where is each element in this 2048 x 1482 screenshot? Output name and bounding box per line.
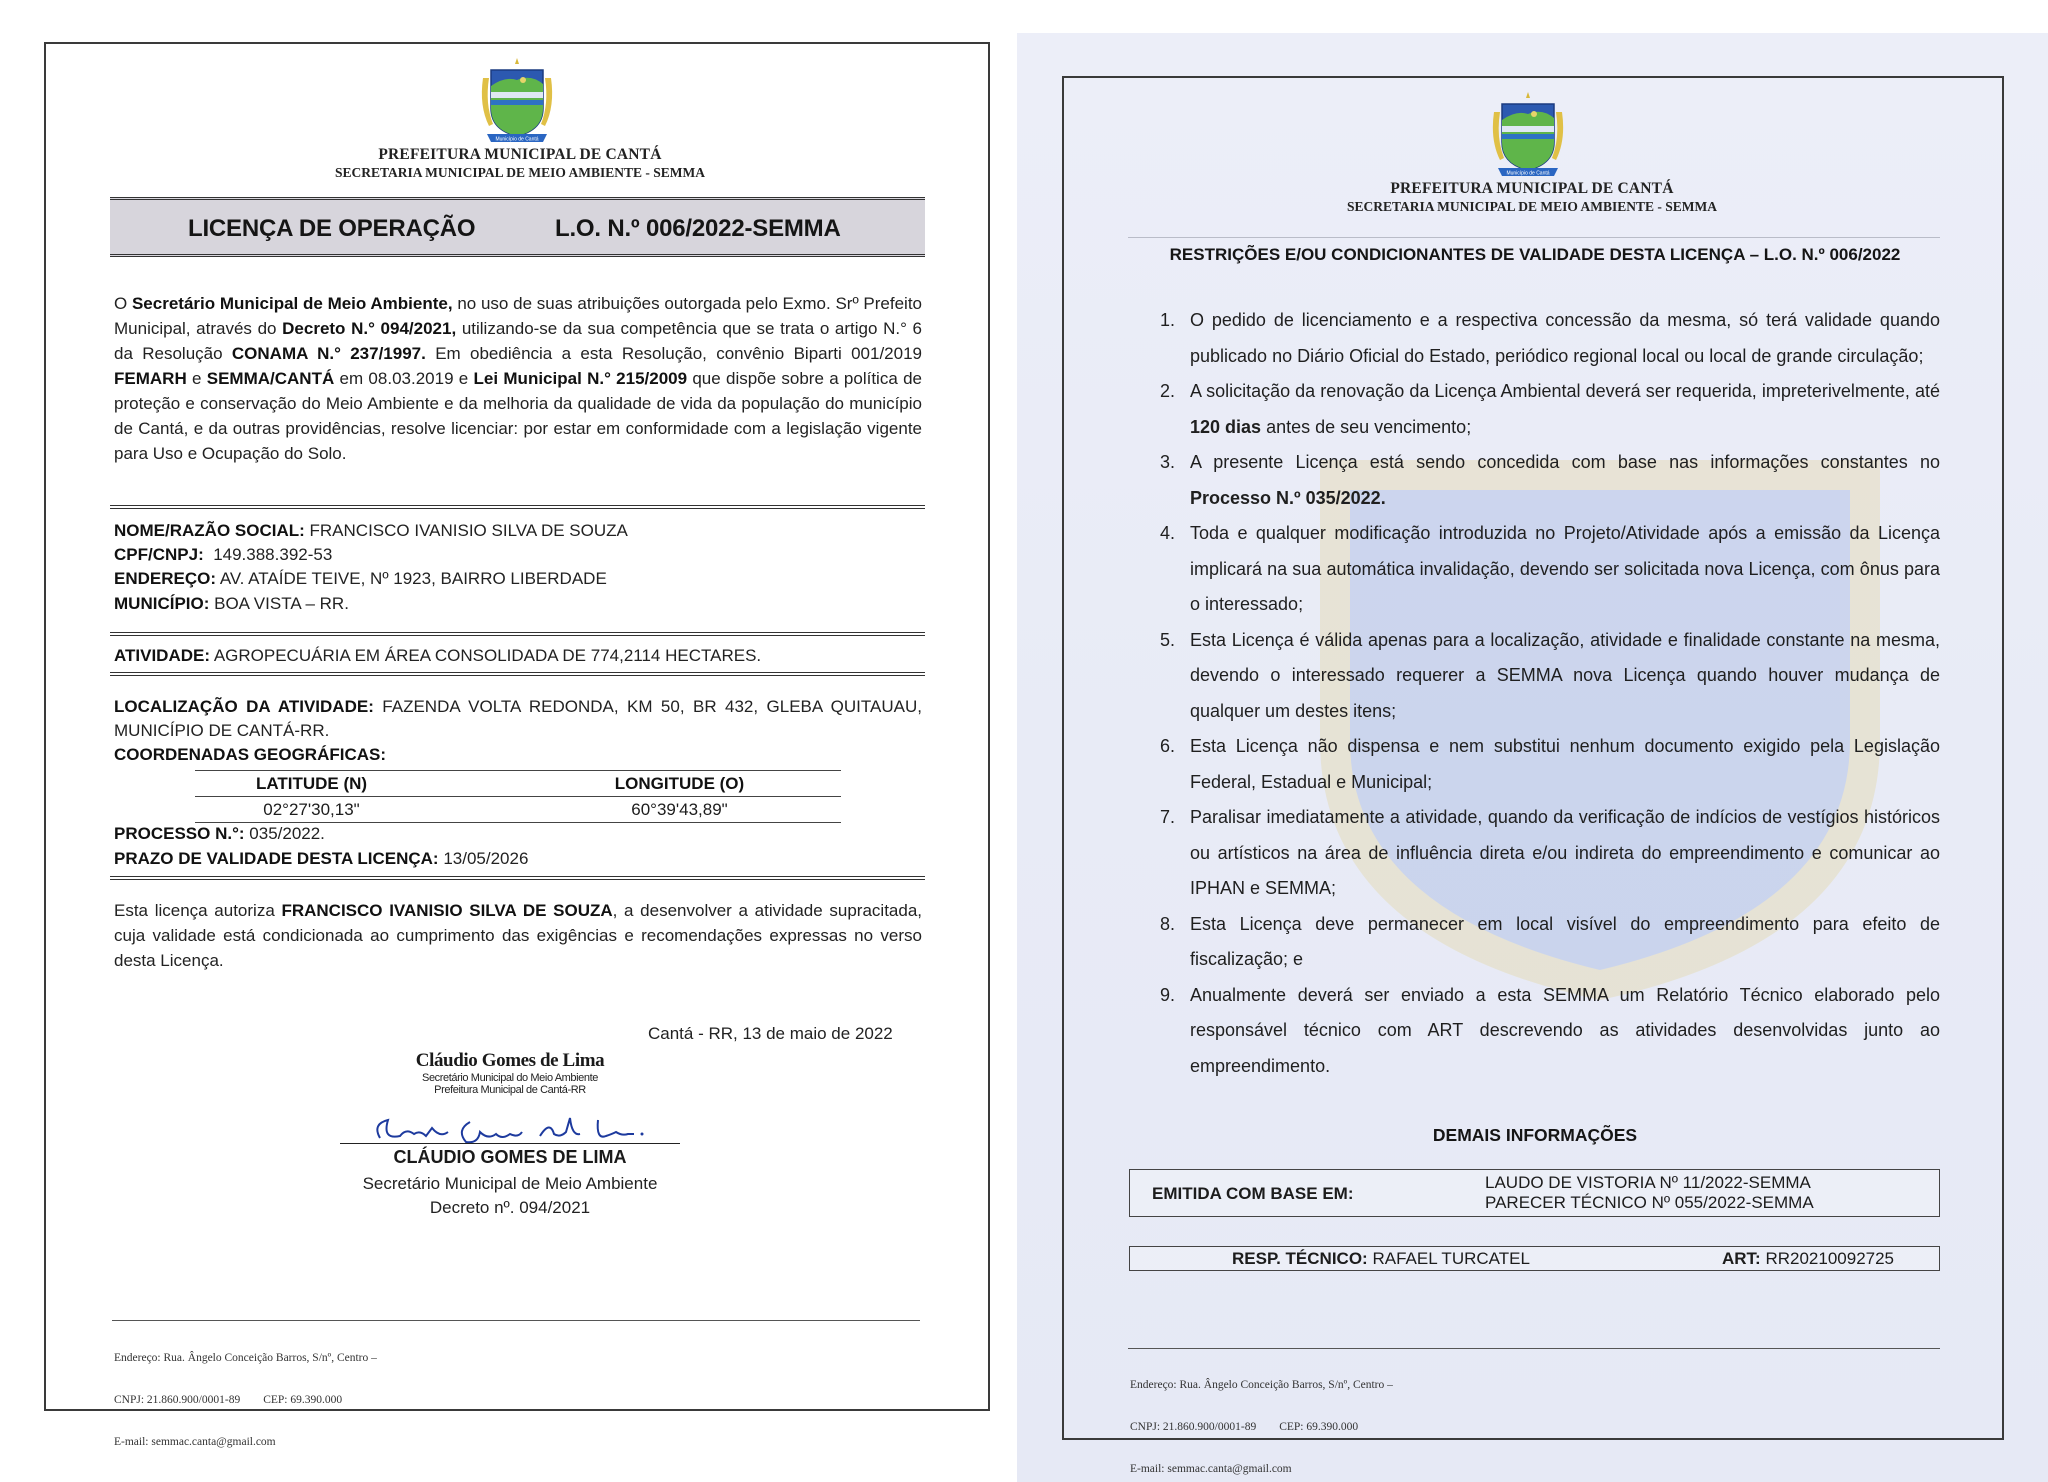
svg-text:Município de Cantá: Município de Cantá xyxy=(495,137,538,143)
crest-icon: Município de Cantá xyxy=(1486,90,1570,182)
section-divider xyxy=(110,632,925,636)
art-number: ART: RR20210092725 xyxy=(1722,1249,1894,1269)
authorization-paragraph: Esta licença autoriza FRANCISCO IVANISIO… xyxy=(114,898,922,973)
holder-cpf: CPF/CNPJ: 149.388.392-53 xyxy=(114,543,332,567)
license-number: L.O. N.º 006/2022-SEMMA xyxy=(555,215,841,243)
latitude-value: 02°27'30,13" xyxy=(195,800,518,820)
stamp-title: Secretário Municipal do Meio Ambiente xyxy=(340,1072,680,1084)
condition-item: 5.Esta Licença é válida apenas para a lo… xyxy=(1160,623,1940,730)
conditions-title: RESTRIÇÕES E/OU CONDICIONANTES DE VALIDA… xyxy=(1130,245,1940,265)
conditions-footer: Endereço: Rua. Ângelo Conceição Barros, … xyxy=(1130,1350,1393,1482)
condition-item: 2.A solicitação da renovação da Licença … xyxy=(1160,374,1940,445)
technical-responsible: RESP. TÉCNICO: RAFAEL TURCATEL xyxy=(1232,1249,1530,1269)
signer-role: Secretário Municipal de Meio Ambiente xyxy=(340,1172,680,1196)
longitude-header: LONGITUDE (O) xyxy=(518,774,841,794)
license-footer: Endereço: Rua. Ângelo Conceição Barros, … xyxy=(114,1323,377,1463)
condition-item: 1.O pedido de licenciamento e a respecti… xyxy=(1160,303,1940,374)
condition-item: 6.Esta Licença não dispensa e nem substi… xyxy=(1160,729,1940,800)
license-type: LICENÇA DE OPERAÇÃO xyxy=(188,215,475,243)
other-info-title: DEMAIS INFORMAÇÕES xyxy=(1130,1125,1940,1146)
title-divider xyxy=(1128,237,1940,238)
signature-icon xyxy=(370,1110,650,1150)
validity-date: PRAZO DE VALIDADE DESTA LICENÇA: 13/05/2… xyxy=(114,847,528,871)
coordinates-table: LATITUDE (N) LONGITUDE (O) 02°27'30,13" … xyxy=(195,770,841,823)
issued-basis-box: EMITIDA COM BASE EM: LAUDO DE VISTORIA N… xyxy=(1129,1169,1940,1217)
longitude-value: 60°39'43,89" xyxy=(518,800,841,820)
section-divider xyxy=(110,505,925,509)
condition-item: 3.A presente Licença está sendo concedid… xyxy=(1160,445,1940,516)
signer-role-block: Secretário Municipal de Meio Ambiente De… xyxy=(340,1172,680,1220)
signer-name: CLÁUDIO GOMES DE LIMA xyxy=(340,1147,680,1168)
holder-address: ENDEREÇO: AV. ATAÍDE TEIVE, Nº 1923, BAI… xyxy=(114,567,607,591)
activity: ATIVIDADE: AGROPECUÁRIA EM ÁREA CONSOLID… xyxy=(114,644,761,668)
condition-item: 9.Anualmente deverá ser enviado a esta S… xyxy=(1160,978,1940,1085)
crest-icon: Município de Cantá xyxy=(475,56,559,148)
org-name: PREFEITURA MUNICIPAL DE CANTÁ xyxy=(1282,180,1782,198)
issued-basis-label: EMITIDA COM BASE EM: xyxy=(1152,1184,1353,1204)
section-divider xyxy=(110,672,925,676)
org-name: PREFEITURA MUNICIPAL DE CANTÁ xyxy=(270,146,770,164)
stamp-org: Prefeitura Municipal de Cantá-RR xyxy=(340,1084,680,1096)
activity-location: LOCALIZAÇÃO DA ATIVIDADE: FAZENDA VOLTA … xyxy=(114,695,922,743)
condition-item: 7.Paralisar imediatamente a atividade, q… xyxy=(1160,800,1940,907)
org-department: SECRETARIA MUNICIPAL DE MEIO AMBIENTE - … xyxy=(270,165,770,181)
license-title-bar: LICENÇA DE OPERAÇÃO L.O. N.º 006/2022-SE… xyxy=(110,197,925,257)
holder-name: NOME/RAZÃO SOCIAL: FRANCISCO IVANISIO SI… xyxy=(114,519,628,543)
footer-divider xyxy=(112,1320,920,1321)
holder-city: MUNICÍPIO: BOA VISTA – RR. xyxy=(114,592,349,616)
org-header: PREFEITURA MUNICIPAL DE CANTÁ SECRETARIA… xyxy=(1282,180,1782,215)
conditions-list: 1.O pedido de licenciamento e a respecti… xyxy=(1160,303,1940,1084)
condition-item: 8.Esta Licença deve permanecer em local … xyxy=(1160,907,1940,978)
coords-label: COORDENADAS GEOGRÁFICAS: xyxy=(114,743,386,767)
signature-stamp: Cláudio Gomes de Lima Secretário Municip… xyxy=(340,1050,680,1096)
process-number: PROCESSO N.°: 035/2022. xyxy=(114,822,325,846)
signature-line xyxy=(340,1143,680,1144)
section-divider xyxy=(110,876,925,880)
place-date: Cantá - RR, 13 de maio de 2022 xyxy=(648,1022,893,1046)
condition-item: 4.Toda e qualquer modificação introduzid… xyxy=(1160,516,1940,623)
footer-divider xyxy=(1128,1348,1940,1349)
signer-decree: Decreto nº. 094/2021 xyxy=(340,1196,680,1220)
stamp-name: Cláudio Gomes de Lima xyxy=(340,1050,680,1072)
org-header: PREFEITURA MUNICIPAL DE CANTÁ SECRETARIA… xyxy=(270,146,770,181)
intro-paragraph: O Secretário Municipal de Meio Ambiente,… xyxy=(114,291,922,466)
technical-responsible-box: RESP. TÉCNICO: RAFAEL TURCATEL ART: RR20… xyxy=(1129,1246,1940,1271)
latitude-header: LATITUDE (N) xyxy=(195,774,518,794)
issued-basis-values: LAUDO DE VISTORIA Nº 11/2022-SEMMA PAREC… xyxy=(1485,1173,1814,1213)
org-department: SECRETARIA MUNICIPAL DE MEIO AMBIENTE - … xyxy=(1282,199,1782,215)
svg-text:Município de Cantá: Município de Cantá xyxy=(1506,171,1549,177)
